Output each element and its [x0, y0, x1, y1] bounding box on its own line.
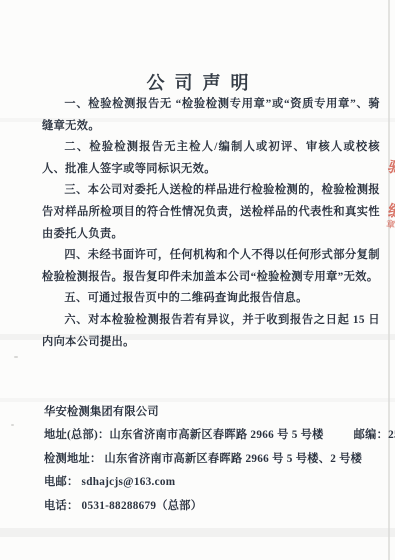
headquarters-address: 地址(总部)：山东省济南市高新区春晖路 2966 号 5 号楼 [44, 424, 324, 447]
statement-item-5: 五、可通过报告页中的二维码查询此报告信息。 [42, 288, 380, 310]
phone-line: 电话： 0531-88288679（总部） [44, 495, 374, 518]
statement-item-4: 四、未经书面许可，任何机构和个人不得以任何形式部分复制检验检测报告。报告复印件未… [42, 245, 380, 288]
page-title: 公司声明 [0, 69, 395, 95]
statement-item-1: 一、检验检测报告无 “检验检测专用章”或“资质专用章”、骑缝章无效。 [42, 94, 380, 137]
statement-list: 一、检验检测报告无 “检验检测专用章”或“资质专用章”、骑缝章无效。 二、检验检… [42, 94, 380, 353]
postal-code: 邮编：250104 [354, 424, 395, 447]
stamp-glyph: 章 [385, 218, 395, 233]
scan-streak [0, 528, 395, 537]
testing-address: 检测地址： 山东省济南市高新区春晖路 2966 号 5 号楼、2 号楼 [44, 448, 374, 471]
scan-speck [11, 424, 14, 426]
statement-item-6: 六、对本检验检测报告若有异议，并于收到报告之日起 15 日内向本公司提出。 [42, 310, 380, 353]
contact-footer: 华安检测集团有限公司 地址(总部)：山东省济南市高新区春晖路 2966 号 5 … [44, 401, 374, 518]
document-page: 公司声明 一、检验检测报告无 “检验检测专用章”或“资质专用章”、骑缝章无效。 … [0, 0, 395, 560]
email-line: 电邮： sdhajcjs@163.com [44, 471, 374, 494]
red-stamp-fragment-icon: 缝 章 [385, 205, 395, 233]
scan-speck [14, 356, 18, 358]
statement-item-3: 三、本公司对委托人送检的样品进行检验检测的，检验检测报告对样品所检项目的符合性情… [42, 180, 380, 245]
company-name: 华安检测集团有限公司 [44, 401, 374, 424]
headquarters-address-row: 地址(总部)：山东省济南市高新区春晖路 2966 号 5 号楼 邮编：25010… [44, 424, 374, 447]
statement-item-2: 二、检验检测报告无主检人/编制人或初评、审核人或校核人、批准人签字或等同标识无效… [42, 137, 380, 180]
